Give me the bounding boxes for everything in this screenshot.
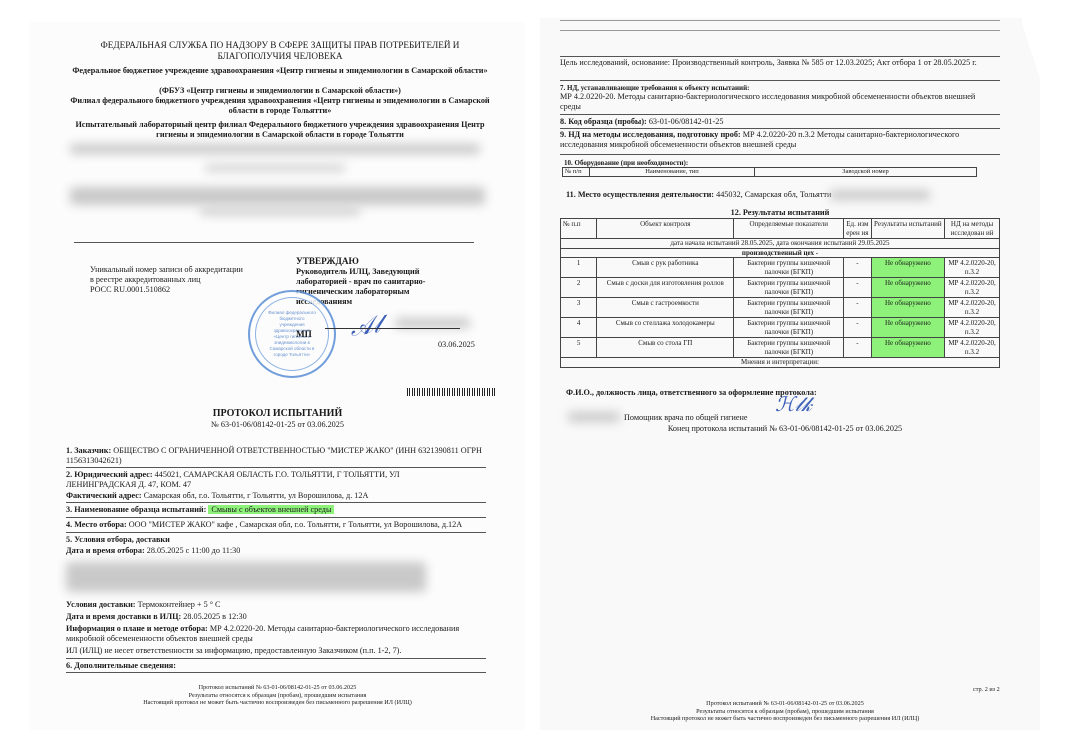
header-unit: Ед. изм ерен ия (844, 219, 871, 239)
table-row: 1Смыв с рук работникаБактерии группы киш… (561, 258, 1000, 278)
row-unit: - (844, 318, 871, 338)
equipment-header-serial: Заводской номер (755, 168, 977, 177)
accreditation-line1: Уникальный номер записи об аккредитации (90, 265, 270, 275)
redacted-block (70, 144, 480, 154)
row-indicator: Бактерии группы кишечной палочки (БГКП) (734, 278, 844, 298)
section-row: производственный цех - (561, 248, 1000, 258)
activity-location-value: 445032, Самарская обл, Тольятти (716, 190, 831, 199)
row-indicator: Бактерии группы кишечной палочки (БГКП) (734, 318, 844, 338)
results-table: № п.п Объект контроля Определяемые показ… (560, 218, 1000, 368)
test-dates-row: дата начала испытаний 28.05.2025, дата о… (561, 239, 1000, 249)
legal-address-label: 2. Юридический адрес: (66, 470, 153, 479)
footer-line2: Результаты относятся к образцам (пробам)… (30, 692, 525, 700)
sample-code-value: 63-01-06/08142-01-25 (649, 117, 724, 126)
document-page-1: ФЕДЕРАЛЬНАЯ СЛУЖБА ПО НАДЗОРУ В СФЕРЕ ЗА… (30, 22, 525, 730)
delivery-conditions-label: Условия доставки: (66, 600, 136, 609)
row-indicator: Бактерии группы кишечной палочки (БГКП) (734, 298, 844, 318)
conditions-heading: 5. Условия отбора, доставки (66, 535, 170, 545)
sample-code-label: 8. Код образца (пробы): (560, 117, 647, 126)
redacted-block (66, 562, 426, 592)
page1-footer: Протокол испытаний № 63-01-06/08142-01-2… (30, 684, 525, 707)
sample-name-field: 3. Наименование образца испытаний: Смывы… (66, 505, 486, 515)
accreditation-number: РОСС RU.0001.510862 (90, 285, 270, 295)
actual-address-field: Фактический адрес: Самарская обл, г.о. Т… (66, 491, 486, 501)
sampling-place-label: 4. Место отбора: (66, 520, 127, 529)
nd-requirements-value: МР 4.2.0220-20. Методы санитарно-бактери… (560, 92, 990, 112)
responsible-signature: ℋ𝓁𝓀 (775, 392, 812, 416)
row-number: 2 (561, 278, 597, 298)
customer-field: 1. Заказчик: ОБЩЕСТВО С ОГРАНИЧЕННОЙ ОТВ… (66, 446, 486, 466)
activity-location-label: 11. Место осуществления деятельности: (566, 190, 714, 199)
footer-line1: Протокол испытаний № 63-01-06/08142-01-2… (30, 684, 525, 692)
row-result: Не обнаружено (871, 278, 945, 298)
director-signature: 𝒜𝓁 (348, 310, 382, 342)
barcode (407, 388, 495, 396)
sample-name-value: Смывы с объектов внешней среды (208, 505, 334, 514)
lab-center-name: Испытательный лабораторный центр филиал … (60, 120, 500, 140)
redacted-name (568, 412, 620, 422)
row-method: МР 4.2.0220-20, п.3.2 (945, 258, 1000, 278)
methods-label: 9. НД на методы исследования, подготовку… (560, 130, 741, 139)
row-unit: - (844, 258, 871, 278)
delivery-conditions-field: Условия доставки: Термоконтейнер + 5 ° С (66, 600, 486, 610)
table-row: 2Смыв с доски для изготовления ролловБак… (561, 278, 1000, 298)
row-method: МР 4.2.0220-20, п.3.2 (945, 298, 1000, 318)
footer-line1: Протокол испытаний № 63-01-06/08142-01-2… (620, 700, 950, 708)
footer-line3: Настоящий протокол не может быть частичн… (30, 699, 525, 707)
row-indicator: Бактерии группы кишечной палочки (БГКП) (734, 258, 844, 278)
row-unit: - (844, 298, 871, 318)
equipment-header-number: № п/п (563, 168, 590, 177)
approval-date: 03.06.2025 (438, 340, 475, 350)
opinions-row: Мнения и интерпретации: (561, 358, 1000, 368)
page-number: стр. 2 из 2 (973, 686, 1000, 694)
sampling-datetime-label: Дата и время отбора: (66, 546, 145, 555)
disclaimer-text: ИЛ (ИЛЦ) не несет ответственности за инф… (66, 646, 486, 656)
row-method: МР 4.2.0220-20, п.3.2 (945, 318, 1000, 338)
additional-info-label: 6. Дополнительные сведения: (66, 661, 176, 671)
sample-code-field: 8. Код образца (пробы): 63-01-06/08142-0… (560, 117, 980, 127)
redacted-block (205, 165, 345, 171)
sampling-plan-label: Информация о плане и методе отбора: (66, 624, 208, 633)
customer-value: ОБЩЕСТВО С ОГРАНИЧЕННОЙ ОТВЕТСТВЕННОСТЬЮ… (66, 446, 482, 465)
row-method: МР 4.2.0220-20, п.3.2 (945, 278, 1000, 298)
sampling-datetime-value: 28.05.2025 с 11:00 до 11:30 (147, 546, 241, 555)
results-title: 12. Результаты испытаний (560, 208, 1000, 218)
accreditation-info: Уникальный номер записи об аккредитации … (90, 265, 270, 295)
page2-footer: Протокол испытаний № 63-01-06/08142-01-2… (620, 700, 950, 723)
methods-field: 9. НД на методы исследования, подготовку… (560, 130, 980, 150)
sampling-plan-field: Информация о плане и методе отбора: МР 4… (66, 624, 471, 644)
redacted-block (70, 187, 485, 205)
protocol-number: № 63-01-06/08142-01-25 от 03.06.2025 (30, 420, 525, 430)
delivery-datetime-label: Дата и время доставки в ИЛЦ: (66, 612, 181, 621)
redacted-address (830, 190, 930, 200)
header-number: № п.п (561, 219, 597, 239)
mp-label: МП (296, 329, 312, 340)
table-row: 3Смыв с гастроемкостиБактерии группы киш… (561, 298, 1000, 318)
row-result: Не обнаружено (871, 298, 945, 318)
table-row: 4Смыв со стеллажа холодокамерыБактерии г… (561, 318, 1000, 338)
document-page-2: Цель исследований, основание: Производст… (540, 18, 1040, 730)
delivery-datetime-field: Дата и время доставки в ИЛЦ: 28.05.2025 … (66, 612, 486, 622)
equipment-header-name: Наименование, тип (590, 168, 755, 177)
row-result: Не обнаружено (871, 258, 945, 278)
row-indicator: Бактерии группы кишечной палочки (БГКП) (734, 338, 844, 358)
approval-title: УТВЕРЖДАЮ (296, 256, 359, 267)
row-number: 5 (561, 338, 597, 358)
legal-address-field: 2. Юридический адрес: 445021, САМАРСКАЯ … (66, 470, 466, 490)
accreditation-line2: в реестре аккредитованных лиц (90, 275, 270, 285)
branch-name: Филиал федерального бюджетного учреждени… (70, 96, 490, 116)
header-object: Объект контроля (597, 219, 734, 239)
row-result: Не обнаружено (871, 338, 945, 358)
responsible-position: Помощник врача по общей гигиене (624, 413, 748, 423)
sampling-place-value: ООО "МИСТЕР ЖАКО" кафе , Самарская обл, … (129, 520, 462, 529)
institution-name: Федеральное бюджетное учреждение здравоо… (70, 66, 490, 76)
equipment-table: № п/п Наименование, тип Заводской номер (562, 167, 977, 177)
footer-line2: Результаты относятся к образцам (пробам)… (620, 708, 950, 716)
row-object: Смыв со стола ГП (597, 338, 734, 358)
sample-name-label: 3. Наименование образца испытаний: (66, 505, 206, 514)
row-result: Не обнаружено (871, 318, 945, 338)
row-unit: - (844, 338, 871, 358)
customer-label: 1. Заказчик: (66, 446, 111, 455)
actual-address-label: Фактический адрес: (66, 491, 142, 500)
row-object: Смыв со стеллажа холодокамеры (597, 318, 734, 338)
redacted-name (395, 318, 470, 328)
end-of-protocol: Конец протокола испытаний № 63-01-06/081… (620, 424, 950, 434)
institution-short-name: (ФБУЗ «Центр гигиены и эпидемиологии в С… (70, 86, 490, 96)
row-object: Смыв с доски для изготовления роллов (597, 278, 734, 298)
sampling-datetime-field: Дата и время отбора: 28.05.2025 с 11:00 … (66, 546, 486, 556)
header-result: Результаты испытаний (871, 219, 945, 239)
results-header-row: № п.п Объект контроля Определяемые показ… (561, 219, 1000, 239)
row-unit: - (844, 278, 871, 298)
row-method: МР 4.2.0220-20, п.3.2 (945, 338, 1000, 358)
redacted-block (200, 208, 360, 215)
delivery-datetime-value: 28.05.2025 в 12:30 (183, 612, 246, 621)
row-number: 1 (561, 258, 597, 278)
row-object: Смыв с гастроемкости (597, 298, 734, 318)
header-method: НД на методы исследован ий (945, 219, 1000, 239)
delivery-conditions-value: Термоконтейнер + 5 ° С (138, 600, 221, 609)
row-number: 3 (561, 298, 597, 318)
table-row: 5Смыв со стола ГПБактерии группы кишечно… (561, 338, 1000, 358)
research-purpose: Цель исследований, основание: Производст… (560, 58, 980, 68)
row-number: 4 (561, 318, 597, 338)
header-indicator: Определяемые показатели (734, 219, 844, 239)
footer-line3: Настоящий протокол не может быть частичн… (620, 715, 950, 723)
agency-title: ФЕДЕРАЛЬНАЯ СЛУЖБА ПО НАДЗОРУ В СФЕРЕ ЗА… (70, 40, 490, 62)
row-object: Смыв с рук работника (597, 258, 734, 278)
protocol-title: ПРОТОКОЛ ИСПЫТАНИЙ (30, 408, 525, 419)
official-stamp: Филиал федерального бюджетного учреждени… (248, 290, 336, 378)
sampling-place-field: 4. Место отбора: ООО "МИСТЕР ЖАКО" кафе … (66, 520, 486, 530)
actual-address-value: Самарская обл, г.о. Тольятти, г Тольятти… (144, 491, 369, 500)
